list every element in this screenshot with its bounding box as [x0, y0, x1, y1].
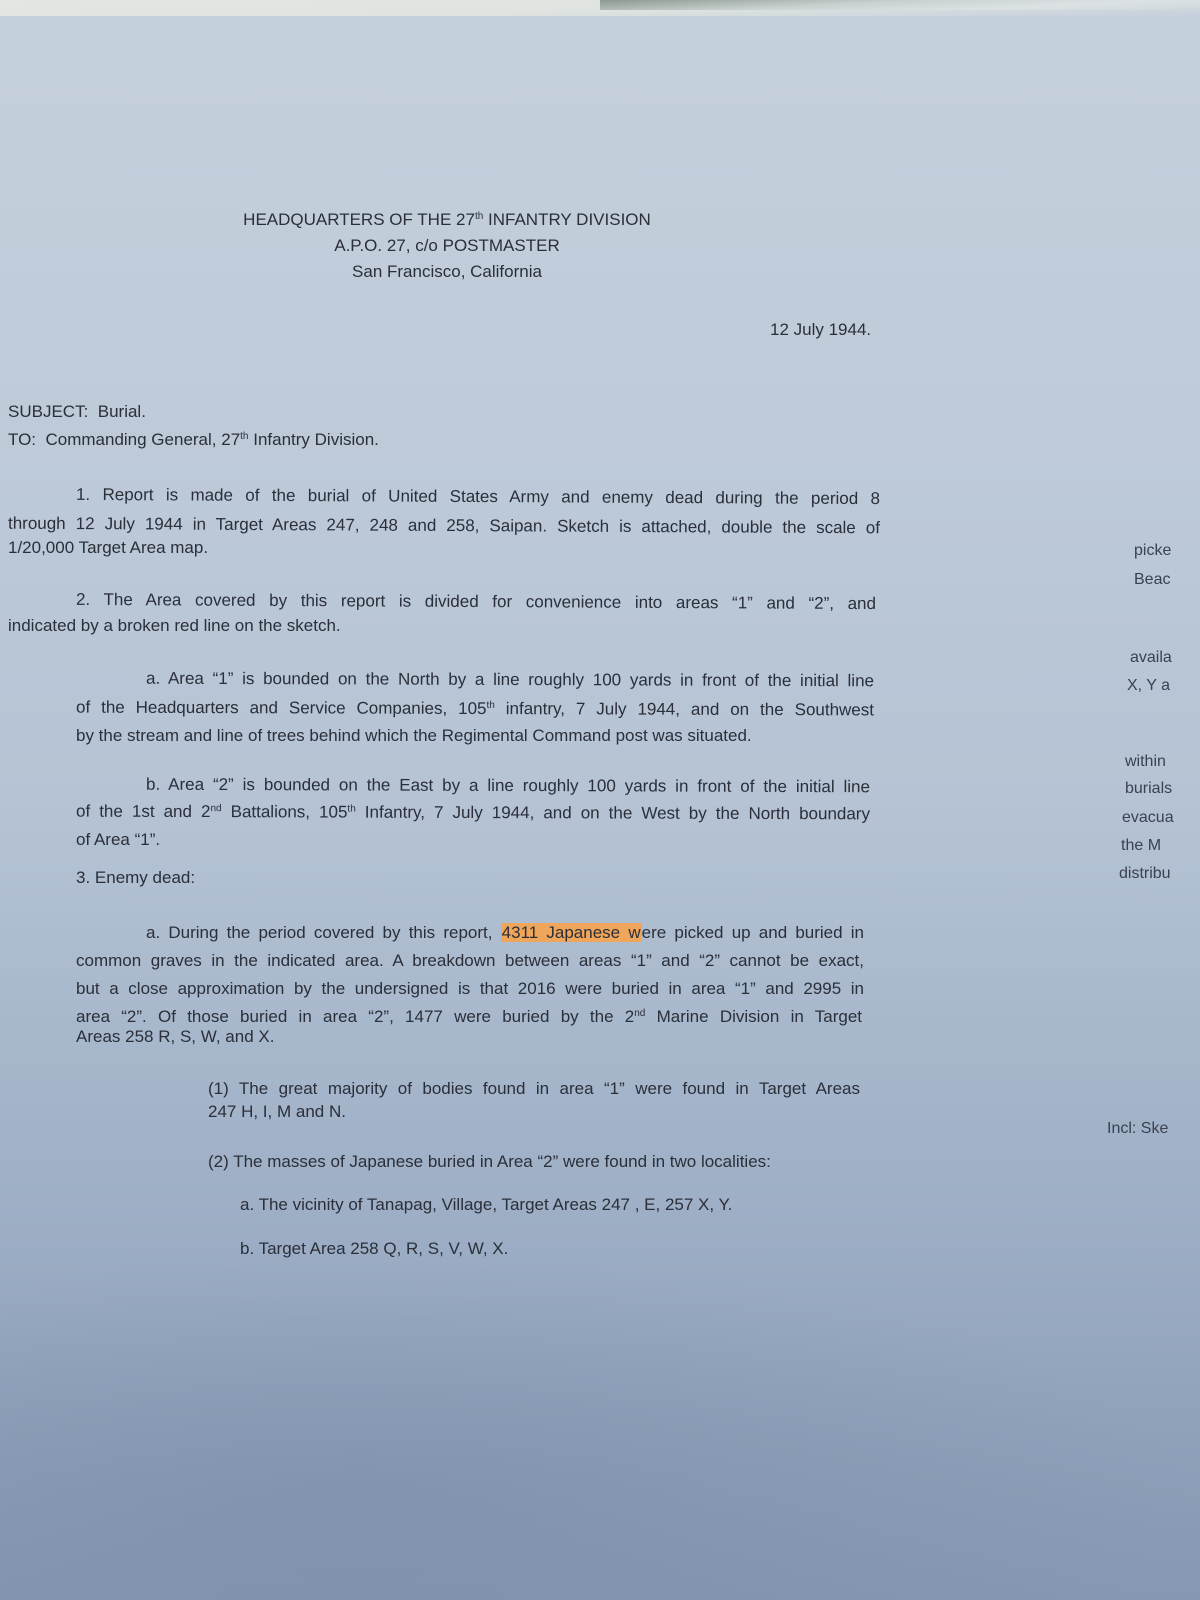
- superscript: th: [487, 700, 495, 711]
- text: a. During the period covered by this rep…: [146, 923, 501, 942]
- subject-label: SUBJECT:: [8, 402, 88, 421]
- letterhead-line-1: HEADQUARTERS OF THE 27th INFANTRY DIVISI…: [240, 210, 654, 230]
- next-page-fragment: picke: [1134, 541, 1171, 561]
- para3a-line-3: but a close approximation by the undersi…: [76, 979, 864, 999]
- next-page-fragment: burials: [1125, 779, 1172, 799]
- sub2-line-1: (2) The masses of Japanese buried in Are…: [208, 1152, 771, 1172]
- next-page-fragment: Beac: [1134, 570, 1170, 590]
- text: of the 1st and 2: [76, 802, 211, 821]
- next-page-fragment: the M: [1121, 836, 1161, 856]
- letterhead-line-2: A.P.O. 27, c/o POSTMASTER: [240, 236, 654, 256]
- next-page-fragment: within: [1125, 752, 1166, 772]
- letterhead-text: HEADQUARTERS OF THE 27: [243, 210, 475, 229]
- next-page-fragment: distribu: [1119, 864, 1171, 884]
- next-page-fragment: Incl: Ske: [1107, 1119, 1168, 1139]
- highlight-text: 4311 Japanese: [502, 923, 620, 942]
- to-label: TO:: [8, 430, 36, 449]
- para2-line-1: 2. The Area covered by this report is di…: [76, 590, 876, 614]
- text: ere picked up and buried in: [642, 923, 864, 942]
- para3a-line-5: Areas 258 R, S, W, and X.: [76, 1027, 274, 1047]
- para2a-line-1: a. Area “1” is bounded on the North by a…: [146, 669, 874, 692]
- text: of the Headquarters and Service Companie…: [76, 698, 487, 718]
- sub2-item-b: b. Target Area 258 Q, R, S, V, W, X.: [240, 1239, 508, 1259]
- superscript: th: [240, 431, 248, 442]
- next-page-fragment: evacua: [1122, 808, 1174, 828]
- para1-line-3: 1/20,000 Target Area map.: [8, 538, 208, 558]
- superscript: nd: [210, 803, 221, 814]
- superscript: th: [347, 804, 355, 815]
- subject-line: SUBJECT: Burial.: [8, 402, 146, 422]
- para2b-line-1: b. Area “2” is bounded on the East by a …: [146, 775, 870, 798]
- text: Infantry, 7 July 1944, and on the West b…: [356, 803, 870, 824]
- document-date: 12 July 1944.: [770, 320, 871, 340]
- text: Marine Division in Target: [645, 1007, 862, 1026]
- superscript: nd: [634, 1008, 645, 1019]
- subject-value: Burial.: [98, 402, 146, 421]
- para2a-line-3: by the stream and line of trees behind w…: [76, 726, 752, 746]
- para1-line-2: through 12 July 1944 in Target Areas 247…: [8, 514, 880, 539]
- para1-line-1: 1. Report is made of the burial of Unite…: [76, 485, 880, 509]
- to-line: TO: Commanding General, 27th Infantry Di…: [8, 430, 379, 450]
- paper-top-edge: [0, 0, 1200, 16]
- para2b-line-2: of the 1st and 2nd Battalions, 105th Inf…: [76, 802, 870, 825]
- para3a-line-1: a. During the period covered by this rep…: [146, 923, 864, 943]
- to-value: Commanding General, 27: [45, 430, 240, 449]
- text: Battalions, 105: [222, 802, 348, 821]
- para3-heading: 3. Enemy dead:: [76, 868, 195, 888]
- sub1-line-1: (1) The great majority of bodies found i…: [208, 1079, 860, 1099]
- to-value: Infantry Division.: [249, 430, 379, 449]
- highlight-text: w: [620, 923, 640, 942]
- sub2-item-a: a. The vicinity of Tanapag, Village, Tar…: [240, 1195, 732, 1215]
- highlighted-count: 4311 Japanese w: [501, 923, 642, 942]
- letterhead-line-3: San Francisco, California: [240, 262, 654, 282]
- next-page-fragment: availa: [1130, 648, 1172, 668]
- next-page-fragment: X, Y a: [1127, 676, 1170, 696]
- text: infantry, 7 July 1944, and on the Southw…: [495, 699, 874, 719]
- para3a-line-2: common graves in the indicated area. A b…: [76, 951, 864, 971]
- text: area “2”. Of those buried in area “2”, 1…: [76, 1007, 634, 1026]
- para2a-line-2: of the Headquarters and Service Companie…: [76, 698, 874, 721]
- para2-line-2: indicated by a broken red line on the sk…: [8, 616, 341, 636]
- letterhead-text: INFANTRY DIVISION: [483, 210, 651, 229]
- sub1-line-2: 247 H, I, M and N.: [208, 1102, 346, 1122]
- para3a-line-4: area “2”. Of those buried in area “2”, 1…: [76, 1007, 862, 1027]
- para2b-line-3: of Area “1”.: [76, 830, 160, 850]
- page-shadow: [0, 1250, 1200, 1600]
